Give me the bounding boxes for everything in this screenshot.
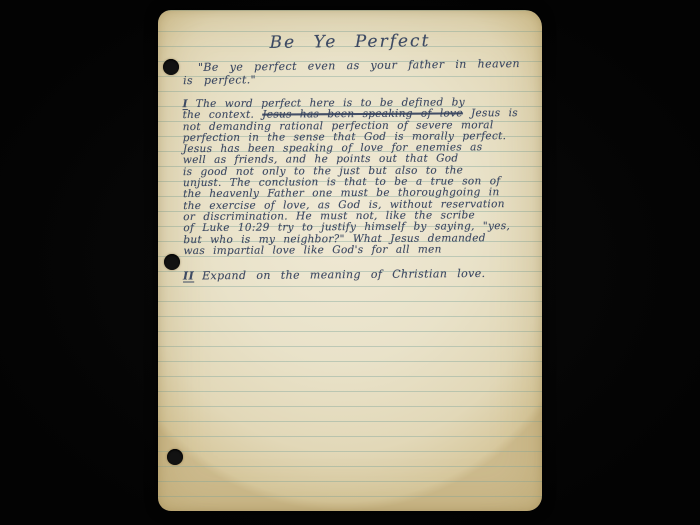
scripture-quote: "Be ye perfect even as your father in he… — [183, 57, 535, 87]
outline-section-2: IIExpand on the meaning of Christian lov… — [183, 266, 538, 282]
section-2-numeral: II — [183, 269, 202, 282]
section-1-line-2-pre: the context. — [183, 109, 255, 121]
section-1-numeral: I — [183, 98, 196, 110]
punch-hole-top — [163, 59, 179, 75]
section-1-line-14: was impartial love like God's for all me… — [183, 244, 538, 257]
section-1-line-2-post: Jesus is — [471, 107, 518, 119]
notebook-page: Be Ye Perfect "Be ye perfect even as you… — [158, 10, 542, 511]
outline-section-1: IThe word perfect here is to be defined … — [183, 97, 539, 257]
page-title: Be Ye Perfect — [158, 30, 542, 54]
punch-hole-middle — [164, 254, 180, 270]
section-2-text: Expand on the meaning of Christian love. — [202, 267, 486, 282]
punch-hole-bottom — [167, 449, 183, 465]
scan-background: Be Ye Perfect "Be ye perfect even as you… — [0, 0, 700, 525]
